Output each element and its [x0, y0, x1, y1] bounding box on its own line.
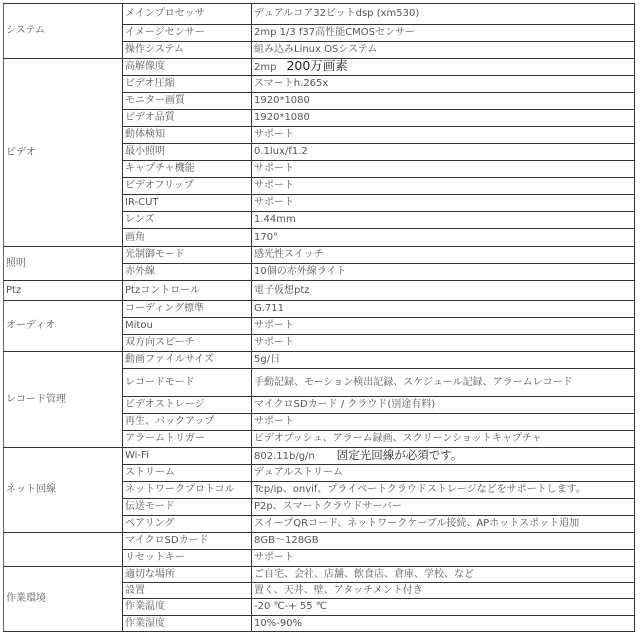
- spec-value: 10%-90%: [252, 616, 635, 632]
- spec-value: サポート: [252, 161, 635, 178]
- spec-value: 置く、天井、壁、アタッチメント付き: [252, 583, 635, 599]
- spec-label: リセットキー: [123, 550, 252, 567]
- spec-value: デュアルコア32ビットdsp (xm530): [252, 4, 635, 25]
- spec-label: 作業湿度: [123, 616, 252, 632]
- category-storage: [4, 533, 123, 567]
- spec-label: 動体検知: [123, 127, 252, 144]
- spec-label: 最小照明: [123, 144, 252, 161]
- spec-label: 適切な場所: [123, 567, 252, 583]
- spec-label: アラームトリガー: [123, 431, 252, 448]
- spec-label: 操作システム: [123, 42, 252, 59]
- spec-label: メインプロセッサ: [123, 4, 252, 25]
- category-system: システム: [4, 4, 123, 59]
- table-row: ビデオ 高解像度 2mp200万画素: [4, 59, 635, 76]
- spec-label: マイクロSDカード: [123, 533, 252, 550]
- category-recording: レコード管理: [4, 352, 123, 448]
- spec-label: ビデオストレージ: [123, 397, 252, 414]
- spec-value-main: 2mp: [254, 62, 276, 73]
- spec-value: デュアルストリーム: [252, 465, 635, 482]
- category-audio: オーディオ: [4, 301, 123, 352]
- spec-value: 8GB～128GB: [252, 533, 635, 550]
- spec-value: 10個の赤外線ライト: [252, 264, 635, 281]
- spec-value: スマートh.265x: [252, 76, 635, 93]
- spec-label: レコードモード: [123, 369, 252, 397]
- category-lighting: 照明: [4, 247, 123, 281]
- table-row: レコード管理 動画ファイルサイズ 5g/日: [4, 352, 635, 369]
- spec-label: 伝送モード: [123, 499, 252, 516]
- spec-label: ネットワークプロトコル: [123, 482, 252, 499]
- spec-value: 1.44mm: [252, 212, 635, 229]
- table-row: システム メインプロセッサ デュアルコア32ビットdsp (xm530): [4, 4, 635, 25]
- spec-label: IR-CUT: [123, 195, 252, 212]
- spec-value: 5g/日: [252, 352, 635, 369]
- spec-value: 電子仮想ptz: [252, 281, 635, 301]
- spec-value: P2p、スマートクラウドサーバー: [252, 499, 635, 516]
- spec-label: レンズ: [123, 212, 252, 229]
- spec-table: システム メインプロセッサ デュアルコア32ビットdsp (xm530) イメー…: [3, 3, 635, 632]
- spec-label: ペアリング: [123, 516, 252, 533]
- spec-value: Tcp/ip、onvif、プライベートクラウドストレージなどをサポートします。: [252, 482, 635, 499]
- spec-value: ビデオプッシュ、アラーム録画、スクリーンショットキャプチャ: [252, 431, 635, 448]
- table-row: Ptz Ptzコントロール 電子仮想ptz: [4, 281, 635, 301]
- table-row: 作業環境 適切な場所 ご自宅、会社、店舗、飲食店、倉庫、学校、など: [4, 567, 635, 583]
- spec-label: Ptzコントロール: [123, 281, 252, 301]
- category-ptz: Ptz: [4, 281, 123, 301]
- spec-value: サポート: [252, 127, 635, 144]
- spec-value: スイープQRコード、ネットワークケーブル接続、APホットスポット追加: [252, 516, 635, 533]
- spec-label: キャプチャ機能: [123, 161, 252, 178]
- spec-label: ビデオフリップ: [123, 178, 252, 195]
- table-row: オーディオ コーディング標準 G.711: [4, 301, 635, 318]
- spec-value: 2mp200万画素: [252, 59, 635, 76]
- spec-value: マイクロSDカード / クラウド(別途有料): [252, 397, 635, 414]
- spec-value-main: 802.11b/g/n: [254, 451, 315, 462]
- spec-label: ストリーム: [123, 465, 252, 482]
- spec-label: ビデオ品質: [123, 110, 252, 127]
- spec-label: イメージセンサー: [123, 25, 252, 42]
- spec-value: サポート: [252, 195, 635, 212]
- spec-value-extra: 固定光回線が必須です。: [337, 448, 463, 462]
- spec-label: モニター画質: [123, 93, 252, 110]
- spec-label: 赤外線: [123, 264, 252, 281]
- table-row: ネット回線 Wi-Fi 802.11b/g/n固定光回線が必須です。: [4, 448, 635, 465]
- spec-value: 0.1lux/f1.2: [252, 144, 635, 161]
- table-row: マイクロSDカード 8GB～128GB: [4, 533, 635, 550]
- spec-value: 2mp 1/3 f37高性能CMOSセンサー: [252, 25, 635, 42]
- spec-value-extra: 200万画素: [286, 59, 347, 74]
- spec-value: ご自宅、会社、店舗、飲食店、倉庫、学校、など: [252, 567, 635, 583]
- spec-label: Mitou: [123, 318, 252, 335]
- spec-label: 双方向スピーチ: [123, 335, 252, 352]
- spec-label: 高解像度: [123, 59, 252, 76]
- spec-label: 作業温度: [123, 599, 252, 616]
- spec-label: Wi-Fi: [123, 448, 252, 465]
- spec-value: G.711: [252, 301, 635, 318]
- table-row: 照明 光制御モード 感光性スイッチ: [4, 247, 635, 264]
- spec-label: コーディング標準: [123, 301, 252, 318]
- spec-value: 802.11b/g/n固定光回線が必須です。: [252, 448, 635, 465]
- spec-value: サポート: [252, 414, 635, 431]
- spec-value: サポート: [252, 318, 635, 335]
- spec-value: 170°: [252, 229, 635, 247]
- spec-value: 組み込みLinux OSシステム: [252, 42, 635, 59]
- spec-label: ビデオ圧縮: [123, 76, 252, 93]
- spec-value: 手動記録、モーション検出記録、スケジュール記録、アラームレコード: [252, 369, 635, 397]
- spec-value: -20 ℃-+ 55 ℃: [252, 599, 635, 616]
- spec-value: サポート: [252, 178, 635, 195]
- spec-label: 光制御モード: [123, 247, 252, 264]
- spec-value: 1920*1080: [252, 110, 635, 127]
- spec-value: 感光性スイッチ: [252, 247, 635, 264]
- spec-label: 設置: [123, 583, 252, 599]
- spec-value: サポート: [252, 335, 635, 352]
- spec-value: サポート: [252, 550, 635, 567]
- spec-label: 画角: [123, 229, 252, 247]
- category-environment: 作業環境: [4, 567, 123, 632]
- spec-label: 動画ファイルサイズ: [123, 352, 252, 369]
- spec-label: 再生、バックアップ: [123, 414, 252, 431]
- category-video: ビデオ: [4, 59, 123, 247]
- spec-value: 1920*1080: [252, 93, 635, 110]
- category-network: ネット回線: [4, 448, 123, 533]
